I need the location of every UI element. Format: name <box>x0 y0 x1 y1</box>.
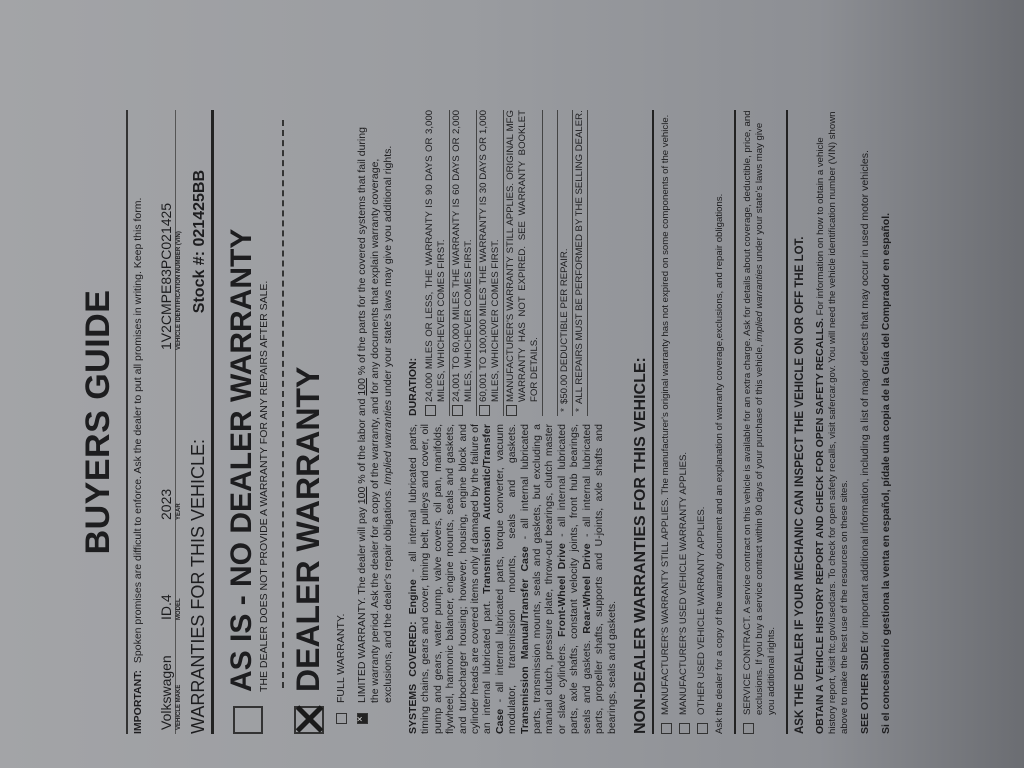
ask-mechanic-text: ASK THE DEALER IF YOUR MECHANIC CAN INSP… <box>794 110 806 734</box>
non-dealer-heading: NON-DEALER WARRANTIES FOR THIS VEHICLE: <box>632 110 650 734</box>
non-dealer-option: MANUFACTURER'S WARRANTY STILL APPLIES. T… <box>660 110 672 734</box>
non-dealer-checkbox[interactable] <box>661 723 672 734</box>
history-report-text: OBTAIN A VEHICLE HISTORY REPORT AND CHEC… <box>814 110 851 734</box>
duration-notes: *$50.00 DEDUCTIBLE PER REPAIR.*ALL REPAI… <box>557 110 588 416</box>
duration-checkbox[interactable] <box>425 405 436 416</box>
duration-note-text: ALL REPAIRS MUST BE PERFORMED BY THE SEL… <box>574 110 586 404</box>
non-dealer-option: MANUFACTURER'S USED VEHICLE WARRANTY APP… <box>678 110 690 734</box>
duration-text: 60,001 TO 100,000 MILES THE WARRANTY IS … <box>478 110 502 402</box>
duration-option: 24,001 TO 60,000 MILES THE WARRANTY IS 6… <box>450 110 477 416</box>
vehicle-vin-field: 1V2CMPE83PC021425 VEHICLE IDENTIFICATION… <box>158 110 182 354</box>
duration-note: *$50.00 DEDUCTIBLE PER REPAIR. <box>558 110 573 416</box>
duration-option: 24,000 MILES OR LESS, THE WARRANTY IS 90… <box>423 110 450 416</box>
full-warranty-checkbox[interactable] <box>336 713 347 724</box>
see-other-side-bold: SEE OTHER SIDE <box>859 646 871 734</box>
service-contract-option: SERVICE CONTRACT. A service contract on … <box>742 110 778 734</box>
systems-covered: SYSTEMS COVERED: Engine - all internal l… <box>407 416 618 734</box>
systems-covered-text: Engine - all internal lubricated parts, … <box>407 424 618 734</box>
photo-background: BUYERS GUIDE IMPORTANT: Spoken promises … <box>0 0 1024 768</box>
history-report-bold: OBTAIN A VEHICLE HISTORY REPORT AND CHEC… <box>814 318 826 734</box>
as-is-option: AS IS - NO DEALER WARRANTY THE DEALER DO… <box>226 110 270 734</box>
labor-percent: 100 <box>356 487 368 505</box>
non-dealer-text: MANUFACTURER'S WARRANTY STILL APPLIES. T… <box>660 115 672 715</box>
limited-implied: Implied warranties <box>382 400 394 485</box>
duration-note-text: $50.00 DEDUCTIBLE PER REPAIR. <box>559 248 571 404</box>
stock-label: Stock #: <box>191 251 208 313</box>
stock-number: Stock #: 021425BB <box>191 170 209 313</box>
vehicle-make-field: Volkswagen VEHICLE MAKE <box>158 624 182 734</box>
asterisk-icon: * <box>574 404 586 416</box>
non-dealer-text: OTHER USED VEHICLE WARRANTY APPLIES. <box>696 507 708 715</box>
service-contract-label: SERVICE CONTRACT. <box>742 615 753 715</box>
systems-covered-label: SYSTEMS COVERED: <box>407 621 419 734</box>
dealer-warranty-checkbox[interactable] <box>294 706 324 734</box>
warranties-heading-row: WARRANTIES FOR THIS VEHICLE: Stock #: 02… <box>188 110 214 734</box>
limited-text-a: The dealer will pay <box>356 507 368 595</box>
as-is-subtitle: THE DEALER DOES NOT PROVIDE A WARRANTY F… <box>258 229 270 692</box>
duration-checkbox[interactable] <box>479 405 490 416</box>
see-other-side-text: SEE OTHER SIDE for important additional … <box>859 110 872 734</box>
spanish-note: Si el concesionario gestiona la venta en… <box>880 110 893 734</box>
system-name: Front-Wheel Drive <box>556 543 568 637</box>
full-warranty-option: FULL WARRANTY. <box>335 110 348 734</box>
duration-label: DURATION: <box>407 110 419 416</box>
duration-checkbox[interactable] <box>506 405 517 416</box>
vehicle-make-label: VEHICLE MAKE <box>176 624 182 734</box>
non-dealer-options: MANUFACTURER'S WARRANTY STILL APPLIES. T… <box>660 110 708 734</box>
dealer-warranty-option: DEALER WARRANTY <box>290 110 327 734</box>
duration-options: 24,000 MILES OR LESS, THE WARRANTY IS 90… <box>423 110 543 416</box>
spanish-note-text: Si el concesionario gestiona la venta en… <box>880 213 892 734</box>
vehicle-model-label: MODEL <box>176 524 182 624</box>
asterisk-icon: * <box>559 404 571 416</box>
service-contract-implied: implied warranties <box>754 264 765 341</box>
limited-text-d: under your state's laws may give you add… <box>382 146 394 397</box>
stock-value: 021425BB <box>191 170 208 247</box>
see-other-side-body: for important additional information, in… <box>859 150 871 643</box>
non-dealer-checkbox[interactable] <box>697 723 708 734</box>
duration-text: 24,001 TO 60,000 MILES THE WARRANTY IS 6… <box>451 110 475 402</box>
important-label: IMPORTANT: <box>132 670 144 734</box>
section-rule <box>786 110 788 734</box>
vehicle-info-row: Volkswagen VEHICLE MAKE ID.4 MODEL 2023 … <box>158 110 182 734</box>
vehicle-year-label: YEAR <box>176 354 182 524</box>
vehicle-vin-value: 1V2CMPE83PC021425 <box>158 110 176 354</box>
as-is-checkbox[interactable] <box>233 706 263 734</box>
system-name: Engine <box>407 579 419 614</box>
full-warranty-label: FULL WARRANTY. <box>335 614 348 703</box>
ask-copy-text: Ask the dealer for a copy of the warrant… <box>714 110 726 734</box>
non-dealer-option: OTHER USED VEHICLE WARRANTY APPLIES. <box>696 110 708 734</box>
form-title: BUYERS GUIDE <box>74 110 122 734</box>
non-dealer-checkbox[interactable] <box>679 723 690 734</box>
limited-text-b: % of the labor and <box>356 399 368 484</box>
limited-warranty-text: LIMITED WARRANTY. The dealer will pay 10… <box>356 110 395 703</box>
buyers-guide-form: BUYERS GUIDE IMPORTANT: Spoken promises … <box>60 90 920 768</box>
duration-checkbox[interactable] <box>452 405 463 416</box>
vehicle-make-value: Volkswagen <box>158 624 176 734</box>
coverage-columns: SYSTEMS COVERED: Engine - all internal l… <box>407 110 618 734</box>
important-text: Spoken promises are difficult to enforce… <box>132 198 144 664</box>
duration-text: MANUFACTURER'S WARRANTY STILL APPLIES. O… <box>505 110 541 402</box>
limited-warranty-label: LIMITED WARRANTY. <box>356 597 368 703</box>
dotted-divider <box>282 120 284 688</box>
service-contract-checkbox[interactable] <box>743 723 754 734</box>
dealer-warranty-title: DEALER WARRANTY <box>290 367 327 692</box>
important-notice: IMPORTANT: Spoken promises are difficult… <box>126 110 144 734</box>
vehicle-vin-label: VEHICLE IDENTIFICATION NUMBER (VIN) <box>176 110 182 354</box>
warranties-heading: WARRANTIES FOR THIS VEHICLE: <box>188 439 209 734</box>
vehicle-model-field: ID.4 MODEL <box>158 524 182 624</box>
limited-warranty-option: LIMITED WARRANTY. The dealer will pay 10… <box>356 110 395 734</box>
as-is-title: AS IS - NO DEALER WARRANTY <box>226 229 258 692</box>
system-name: Transmission Manual/Transfer Case <box>519 546 531 734</box>
system-name: Rear-Wheel Drive <box>581 543 593 633</box>
duration-option: 60,001 TO 100,000 MILES THE WARRANTY IS … <box>477 110 504 416</box>
vehicle-year-field: 2023 YEAR <box>158 354 182 524</box>
system-description: - all internal lubricated parts, torque … <box>494 424 518 734</box>
duration-note: *ALL REPAIRS MUST BE PERFORMED BY THE SE… <box>573 110 588 416</box>
duration-column: DURATION: 24,000 MILES OR LESS, THE WARR… <box>407 110 618 416</box>
duration-text: 24,000 MILES OR LESS, THE WARRANTY IS 90… <box>424 110 448 402</box>
parts-percent: 100 <box>356 378 368 396</box>
section-rule <box>652 110 654 734</box>
duration-option: MANUFACTURER'S WARRANTY STILL APPLIES. O… <box>504 110 543 416</box>
vehicle-year-value: 2023 <box>158 354 176 524</box>
limited-warranty-checkbox[interactable] <box>357 713 368 724</box>
non-dealer-text: MANUFACTURER'S USED VEHICLE WARRANTY APP… <box>678 452 690 715</box>
section-rule <box>734 110 736 734</box>
vehicle-model-value: ID.4 <box>158 524 176 624</box>
